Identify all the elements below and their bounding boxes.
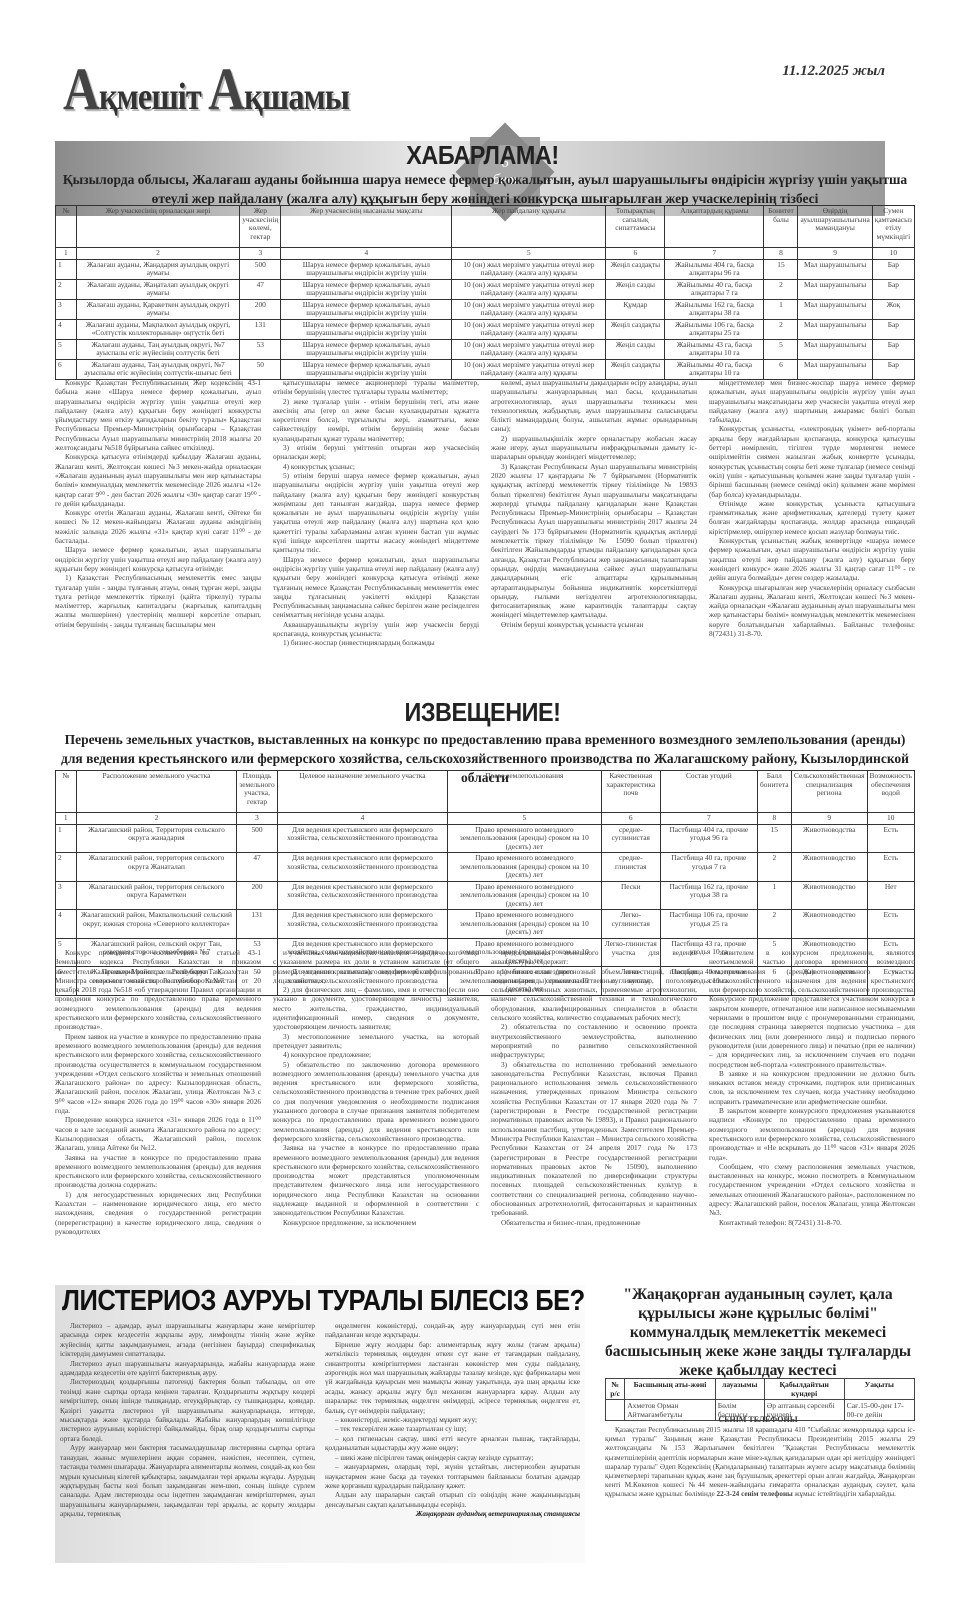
table-cell: 10 (он) жыл мерзімге уақытша өтеулі жер … (452, 259, 606, 279)
table-number-cell: 5 (448, 813, 601, 825)
paragraph: Заявка на участие в конкурсе по предоста… (55, 1153, 261, 1190)
paragraph: Листериоздың қоздырғышы патогенді бактер… (60, 1378, 315, 1444)
table-cell: 6 (56, 359, 77, 379)
table-cell: Жеңіл саздақты (606, 359, 665, 379)
table-cell: Бар (872, 259, 914, 279)
paragraph: 5) өтінім беруші шаруа немесе фермер қож… (273, 471, 479, 555)
paragraph: Өтінімде және конкурстық ұсыныста қатысу… (709, 499, 915, 536)
table-cell: 1 (764, 299, 798, 319)
table-header-cell: № (56, 206, 77, 248)
paragraph: 3) местоположение земельного участка, на… (273, 1032, 479, 1051)
table-header-cell: Возможность обеспечения водой (867, 771, 915, 813)
table-cell: Шаруа немесе фермер қожалығын, ауыл шару… (281, 359, 452, 379)
paragraph: В заявке и на конкурсном предложении не … (709, 1069, 915, 1106)
table-cell: Жайылымы 162 га, басқа алқаптары 38 га (665, 299, 764, 319)
table-cell: Животноводство (791, 881, 867, 910)
table-cell: Животноводства (791, 824, 867, 853)
table-header-cell: Сельскохозяйственная специализация регио… (791, 771, 867, 813)
paragraph: міндеттемелер мен бизнес-жоспар шаруа не… (709, 378, 915, 424)
table-cell: Құмдар (606, 299, 665, 319)
text-column: Конкурс Қазақстан Республикасының Жер ко… (55, 378, 261, 648)
table-cell: 4 (56, 910, 77, 939)
text-column: заявителем в конкурсном предложении, явл… (709, 948, 915, 1236)
paragraph: Конкурс Қазақстан Республикасының Жер ко… (55, 378, 261, 452)
table-cell: Жалағаш ауданы, Жаңаталап ауылдық округі… (76, 279, 239, 299)
table-cell: Бар (872, 319, 914, 339)
table-header-row: №Расположение земельного участкаПлощадь … (56, 771, 915, 813)
listeriosis-signature: Жаңақорған аудандық ветеринариялық станц… (325, 1510, 580, 1519)
table-header-cell: Уақыты (844, 1379, 914, 1400)
table-cell: 131 (240, 319, 281, 339)
table-header-cell: лауазымы (715, 1379, 764, 1400)
paragraph: В закрытом конверте конкурсного предложе… (709, 1106, 915, 1162)
table-header-cell: Балл бонитета (757, 771, 791, 813)
paragraph: Шаруа немесе фермер қожалығын, ауыл шару… (55, 545, 261, 573)
ru-notice-heading: ИЗВЕЩЕНИЕ! (48, 697, 917, 728)
issue-date: 11.12.2025 жыл (782, 63, 885, 80)
table-header-cell: № р/с (606, 1379, 625, 1400)
table-header-cell: Право землепользования (448, 771, 601, 813)
table-cell: Жеңіл сазды (606, 279, 665, 299)
table-cell: Шаруа немесе фермер қожалығын, ауыл шару… (281, 259, 452, 279)
table-cell: Пески (601, 881, 661, 910)
table-number-cell: 10 (872, 248, 914, 260)
paragraph: Өтінім беруші конкурстық ұсыныста ұсынға… (491, 620, 697, 629)
table-cell: 10 (он) жыл мерзімге уақытша өтеулі жер … (452, 339, 606, 359)
table-header-cell: Состав угодий (661, 771, 758, 813)
table-header-cell: Сумен қамтамасыз етілу мүмкіндігі (872, 206, 914, 248)
table-cell: 50 (240, 359, 281, 379)
paragraph: заявителем в конкурсном предложении, явл… (709, 948, 915, 1069)
table-header-cell: Жер учаскесінің орналасқан жері (76, 206, 239, 248)
table-header-cell: № (56, 771, 77, 813)
text-column: өңделмеген көкөністерді, сондай-ақ ауру … (325, 1322, 580, 1520)
paragraph: – шикі және пісірілген тамақ өнімдерін с… (325, 1454, 580, 1463)
table-cell: 131 (237, 910, 277, 939)
paragraph: Аквашаруашылықты жүргізу үшін жер учаске… (273, 620, 479, 639)
table-cell: 2 (757, 853, 791, 882)
table-cell: Жайылымы 404 га, басқа алқаптары 96 га (665, 259, 764, 279)
table-cell: 2 (56, 853, 77, 882)
table-header-cell: Жер учаскесінің көлемі, гектар (240, 206, 281, 248)
table-cell: Право временного возмездного землепользо… (448, 910, 601, 939)
paragraph: предоставления земельного участка для ве… (491, 948, 697, 967)
table-cell: Жайылымы 43 га, басқа алқаптары 10 га (665, 339, 764, 359)
table-number-cell: 4 (281, 248, 452, 260)
table-number-cell: 9 (791, 813, 867, 825)
paragraph: Заявка на участие в конкурсе по предоста… (273, 1143, 479, 1217)
table-cell: Жеңіл саздақты (606, 319, 665, 339)
paragraph: Прием заявок на участие в конкурсе по пр… (55, 1032, 261, 1116)
table-cell: Для ведения крестьянского или фермерског… (277, 910, 447, 939)
table-cell: Мал шаруашылығы (798, 359, 872, 379)
table-row: 6Жалағаш ауданы, Таң ауылдық округі, №7 … (56, 359, 915, 379)
table-number-row: 12345678910 (56, 248, 915, 260)
table-row: 4Жалағаш ауданы, Мақпалкөл ауылдық округ… (56, 319, 915, 339)
table-cell: 47 (237, 853, 277, 882)
table-cell: Животноводство (791, 853, 867, 882)
trust-phone-number: 22-3-24 сенім телефоны (717, 1490, 793, 1498)
table-row: 4Жалагашский район, Макпалкольский сельс… (56, 910, 915, 939)
table-cell: 10 (он) жыл мерзімге уақытша өтеулі жер … (452, 319, 606, 339)
table-cell: 15 (764, 259, 798, 279)
table-cell: Жалағаш ауданы, Таң ауылдық округі, №7 а… (76, 359, 239, 379)
table-cell: 6 (764, 359, 798, 379)
table-cell: Право временного возмездного землепользо… (448, 824, 601, 853)
table-cell: Жалагашский район, Территория сельского … (76, 824, 237, 853)
trust-phone-title: СЕНІМ ТЕЛЕФОНЫ (598, 1415, 918, 1424)
table-cell: Шаруа немесе фермер қожалығын, ауыл шару… (281, 319, 452, 339)
paragraph: и участниках или акционерах заявителя – … (273, 948, 479, 985)
table-cell: Бар (872, 359, 914, 379)
paragraph: Листериоз ауыл шаруашылығы жануарларында… (60, 1360, 315, 1379)
paragraph: өңделмеген көкөністерді, сондай-ақ ауру … (325, 1322, 580, 1341)
table-cell: Бар (872, 279, 914, 299)
table-number-cell: 9 (798, 248, 872, 260)
table-number-cell: 1 (56, 813, 77, 825)
table-header-cell: Качественная характеристика почв (601, 771, 661, 813)
table-header-cell: Алқаптардың құрамы (665, 206, 764, 248)
table-header-cell: Басшының аты-жөні (625, 1379, 716, 1400)
table-header-cell: Жер учаскесінің нысаналы мақсаты (281, 206, 452, 248)
table-number-cell: 2 (76, 813, 237, 825)
table-cell: Мал шаруашылығы (798, 339, 872, 359)
table-cell: Шаруа немесе фермер қожалығын, ауыл шару… (281, 339, 452, 359)
paragraph: – көкөністерді, жеміс-жидектерді мұқият … (325, 1416, 580, 1425)
table-cell: Шаруа немесе фермер қожалығын, ауыл шару… (281, 299, 452, 319)
table-cell: Жайылымы 40 га, басқа алқаптары 10 га (665, 359, 764, 379)
paragraph: 3) Қазақстан Республикасы Ауыл шаруашылы… (491, 462, 697, 620)
table-cell: Для ведения крестьянского или фермерског… (277, 853, 447, 882)
table-row: 1Жалагашский район, Территория сельского… (56, 824, 915, 853)
table-cell: Жалағаш ауданы, Жаңадария ауылдық округі… (76, 259, 239, 279)
paragraph: – жануарлармен, олардың тері, жүнін ұста… (325, 1463, 580, 1491)
table-cell: Пастбища 40 га, прочие угодья 7 га (661, 853, 758, 882)
paragraph: қатысушылары немесе акционерлері туралы … (273, 378, 479, 397)
table-cell: 2 (56, 279, 77, 299)
table-number-cell: 7 (665, 248, 764, 260)
kz-land-table: №Жер учаскесінің орналасқан жеріЖер учас… (55, 205, 915, 380)
table-cell: 3 (56, 881, 77, 910)
table-number-cell: 6 (606, 248, 665, 260)
text-column: көлемі, ауыл шаруашылығы дақылдарын өсір… (491, 378, 697, 648)
table-header-cell: Бонитет балы (764, 206, 798, 248)
table-header-row: №Жер учаскесінің орналасқан жеріЖер учас… (56, 206, 915, 248)
table-cell: Легко-суглинистая (601, 910, 661, 939)
paragraph: – тек тексерілген және тазартылған су іш… (325, 1425, 580, 1434)
table-cell: Есть (867, 824, 915, 853)
listeriosis-heading: ЛИСТЕРИОЗ АУРУЫ ТУРАЛЫ БІЛЕСІЗ БЕ? (62, 1285, 585, 1318)
table-number-cell: 6 (601, 813, 661, 825)
paragraph: Конкурс проводится в соответствии со ста… (55, 948, 261, 1032)
table-number-cell: 3 (240, 248, 281, 260)
table-cell: 1 (56, 259, 77, 279)
paragraph: Сообщаем, что схему расположения земельн… (709, 1162, 915, 1218)
table-number-cell: 1 (56, 248, 77, 260)
table-header-cell: Өңірдің ауылшаруашылығына мамандануы (798, 206, 872, 248)
table-cell: Мал шаруашылығы (798, 299, 872, 319)
text-column: предоставления земельного участка для ве… (491, 948, 697, 1236)
table-cell: Жеңіл сазды (606, 339, 665, 359)
paragraph: Конкурс өтетін Жалағаш ауданы, Жалағаш к… (55, 508, 261, 545)
paragraph: 1) Қазақстан Республикасының мемлекеттік… (55, 573, 261, 629)
paragraph: – қол гигиенасын сақтау, шикі етті кесуг… (325, 1435, 580, 1454)
trust-phone-text: Қазақстан Республикасының 2015 жылғы 18 … (605, 1426, 915, 1500)
ru-notice-body: Конкурс проводится в соответствии со ста… (55, 948, 915, 1236)
table-cell: 1 (56, 824, 77, 853)
paragraph: 1) бизнес-план (прогнозный объем инвести… (491, 967, 697, 1023)
table-cell: 2 (757, 910, 791, 939)
table-cell: Для ведения крестьянского или фермерског… (277, 881, 447, 910)
paragraph: Листериоз – адамдар, ауыл шаруашылығы жа… (60, 1322, 315, 1360)
paragraph: Проведение конкурса начнется «31» января… (55, 1115, 261, 1152)
text-column: Листериоз – адамдар, ауыл шаруашылығы жа… (60, 1322, 315, 1520)
table-cell: Жалагашский район, территория сельского … (76, 881, 237, 910)
paragraph: Бірнеше жұғу жолдары бар: алиментарлық ж… (325, 1341, 580, 1416)
table-header-cell: Қабылдайтын күндері (764, 1379, 844, 1400)
paragraph: Контактный телефон: 8(72431) 31-8-70. (709, 1218, 915, 1227)
table-number-cell: 5 (452, 248, 606, 260)
table-cell: Жалағаш ауданы, Қаракеткен ауылдық округ… (76, 299, 239, 319)
table-cell: Есть (867, 910, 915, 939)
paragraph: 1) для негосударственных юридических лиц… (55, 1190, 261, 1236)
paragraph: Конкурсное предложение, за исключением (273, 1218, 479, 1227)
text-column: Конкурс проводится в соответствии со ста… (55, 948, 261, 1236)
paragraph: 3) обязательства по исполнению требовани… (491, 1060, 697, 1218)
table-cell: средне-глинистая (601, 853, 661, 882)
paragraph: Ауру жануарлар мен бактерия тасымалдаушы… (60, 1444, 315, 1519)
table-cell: 47 (240, 279, 281, 299)
table-cell: Жалагашский район, территория сельского … (76, 853, 237, 882)
table-cell: Пастбища 162 га, прочие угодья 38 га (661, 881, 758, 910)
table-header-cell: Целевое назначение земельного участка (277, 771, 447, 813)
table-cell: Жайылымы 106 га, басқа алқаптары 25 га (665, 319, 764, 339)
table-number-row: 12345678910 (56, 813, 915, 825)
table-number-cell: 8 (757, 813, 791, 825)
paragraph: 1) бизнес-жоспар (инвестициялардың болжа… (273, 638, 479, 647)
table-cell: 5 (56, 339, 77, 359)
table-number-cell: 4 (277, 813, 447, 825)
paragraph: Алдын алу шараларын сақтай отырып сіз өз… (325, 1491, 580, 1510)
reception-title: "Жаңақорған ауданының сәулет, қала құрыл… (598, 1285, 918, 1380)
paragraph: 2) жеке тұлғалар үшін - өтінім берушінің… (273, 397, 479, 443)
table-cell: Мал шаруашылығы (798, 319, 872, 339)
table-number-cell: 7 (661, 813, 758, 825)
table-row: 3Жалагашский район, территория сельского… (56, 881, 915, 910)
listeriosis-body: Листериоз – адамдар, ауыл шаруашылығы жа… (60, 1322, 580, 1520)
table-cell: Жалагашский район, Макпалкольский сельск… (76, 910, 237, 939)
paragraph: 4) конкурстық ұсыныс; (273, 462, 479, 471)
table-cell: средне-суглинистая (601, 824, 661, 853)
table-cell: Животноводство (791, 910, 867, 939)
table-header-row: № р/сБасшының аты-жөнілауазымыҚабылдайты… (606, 1379, 915, 1400)
table-cell: Мал шаруашылығы (798, 279, 872, 299)
paragraph: Обязательства и бизнес-план, предложенны… (491, 1218, 697, 1227)
paragraph: 3) өтінім беруші үміттеніп отырған жер у… (273, 443, 479, 462)
table-cell: 2 (764, 319, 798, 339)
paragraph: Конкурсқа шығарылған жер учаскелерінің о… (709, 583, 915, 639)
paragraph: Конкурстық ұсынысты, «электрондық үкімет… (709, 424, 915, 498)
table-row: 3Жалағаш ауданы, Қаракеткен ауылдық окру… (56, 299, 915, 319)
table-cell: 15 (757, 824, 791, 853)
table-cell: 2 (764, 279, 798, 299)
table-cell: Мал шаруашылығы (798, 259, 872, 279)
paragraph: 2) для физических лиц – фамилию, имя и о… (273, 985, 479, 1031)
table-number-cell: 3 (237, 813, 277, 825)
table-header-cell: Расположение земельного участка (76, 771, 237, 813)
table-header-cell: Топырақтың сапалық сипаттамасы (606, 206, 665, 248)
table-cell: Жалағаш ауданы, Мақпалкөл ауылдық округі… (76, 319, 239, 339)
table-cell: 3 (56, 299, 77, 319)
table-cell: Право временного возмездного землепользо… (448, 881, 601, 910)
table-cell: Есть (867, 853, 915, 882)
table-header-cell: Площадь земельного участка, гектар (237, 771, 277, 813)
paragraph: Конкурстық ұсыныстың жабық конвертінде «… (709, 536, 915, 582)
table-number-cell: 10 (867, 813, 915, 825)
table-cell: Жайылымы 40 га, басқа алқаптары 7 га (665, 279, 764, 299)
table-cell: 10 (он) жыл мерзімге уақытша өтеулі жер … (452, 299, 606, 319)
paragraph: көлемі, ауыл шаруашылығы дақылдарын өсір… (491, 378, 697, 434)
table-header-cell: Жер пайдалану құқығы (452, 206, 606, 248)
table-number-cell: 8 (764, 248, 798, 260)
kz-notice-heading: ХАБАРЛАМА! (48, 140, 917, 171)
table-row: 2Жалағаш ауданы, Жаңаталап ауылдық округ… (56, 279, 915, 299)
table-cell: 200 (237, 881, 277, 910)
table-cell: 5 (764, 339, 798, 359)
table-cell: 500 (240, 259, 281, 279)
text-column: қатысушылары немесе акционерлері туралы … (273, 378, 479, 648)
text-column: міндеттемелер мен бизнес-жоспар шаруа не… (709, 378, 915, 648)
table-cell: Шаруа немесе фермер қожалығын, ауыл шару… (281, 279, 452, 299)
table-cell: 1 (757, 881, 791, 910)
table-row: 2Жалагашский район, территория сельского… (56, 853, 915, 882)
table-cell: Жоқ (872, 299, 914, 319)
table-cell: Пастбища 106 га, прочие угодья 25 га (661, 910, 758, 939)
paragraph: 2) обязательства по составлению и освоен… (491, 1022, 697, 1059)
table-number-cell: 2 (76, 248, 239, 260)
table-cell: 200 (240, 299, 281, 319)
table-cell: 10 (он) жыл мерзімге уақытша өтеулі жер … (452, 279, 606, 299)
table-cell: Для ведения крестьянского или фермерског… (277, 824, 447, 853)
paragraph: Конкурсқа қатысуға өтінімдерді қабылдау … (55, 452, 261, 508)
kz-notice-body: Конкурс Қазақстан Республикасының Жер ко… (55, 378, 915, 648)
table-cell: Жалағаш ауданы, Таң ауылдық округі, №7 а… (76, 339, 239, 359)
text-column: и участниках или акционерах заявителя – … (273, 948, 479, 1236)
table-cell: 10 (он) жыл мерзімге уақытша өтеулі жер … (452, 359, 606, 379)
paragraph: 5) обязательство по заключению договора … (273, 1060, 479, 1144)
table-row: 1Жалағаш ауданы, Жаңадария ауылдық округ… (56, 259, 915, 279)
paragraph: 4) конкурсное предложение; (273, 1050, 479, 1059)
table-cell: Жеңіл саздақты (606, 259, 665, 279)
table-cell: Бар (872, 339, 914, 359)
table-cell: 4 (56, 319, 77, 339)
table-cell: Пастбища 404 га, прочие угодья 96 га (661, 824, 758, 853)
kz-notice-subtitle: Қызылорда облысы, Жалағаш ауданы бойынша… (55, 170, 915, 208)
table-cell: 500 (237, 824, 277, 853)
paragraph: Шаруа немесе фермер қожалығын, ауыл шару… (273, 555, 479, 620)
table-cell: Нет (867, 881, 915, 910)
table-cell: 53 (240, 339, 281, 359)
paragraph: 2) шаруашылықішілік жерге орналастыру жо… (491, 434, 697, 462)
table-cell: Право временного возмездного землепользо… (448, 853, 601, 882)
table-row: 5Жалағаш ауданы, Таң ауылдық округі, №7 … (56, 339, 915, 359)
newspaper-logo: Ақмешіт Ақшамы (63, 55, 349, 124)
